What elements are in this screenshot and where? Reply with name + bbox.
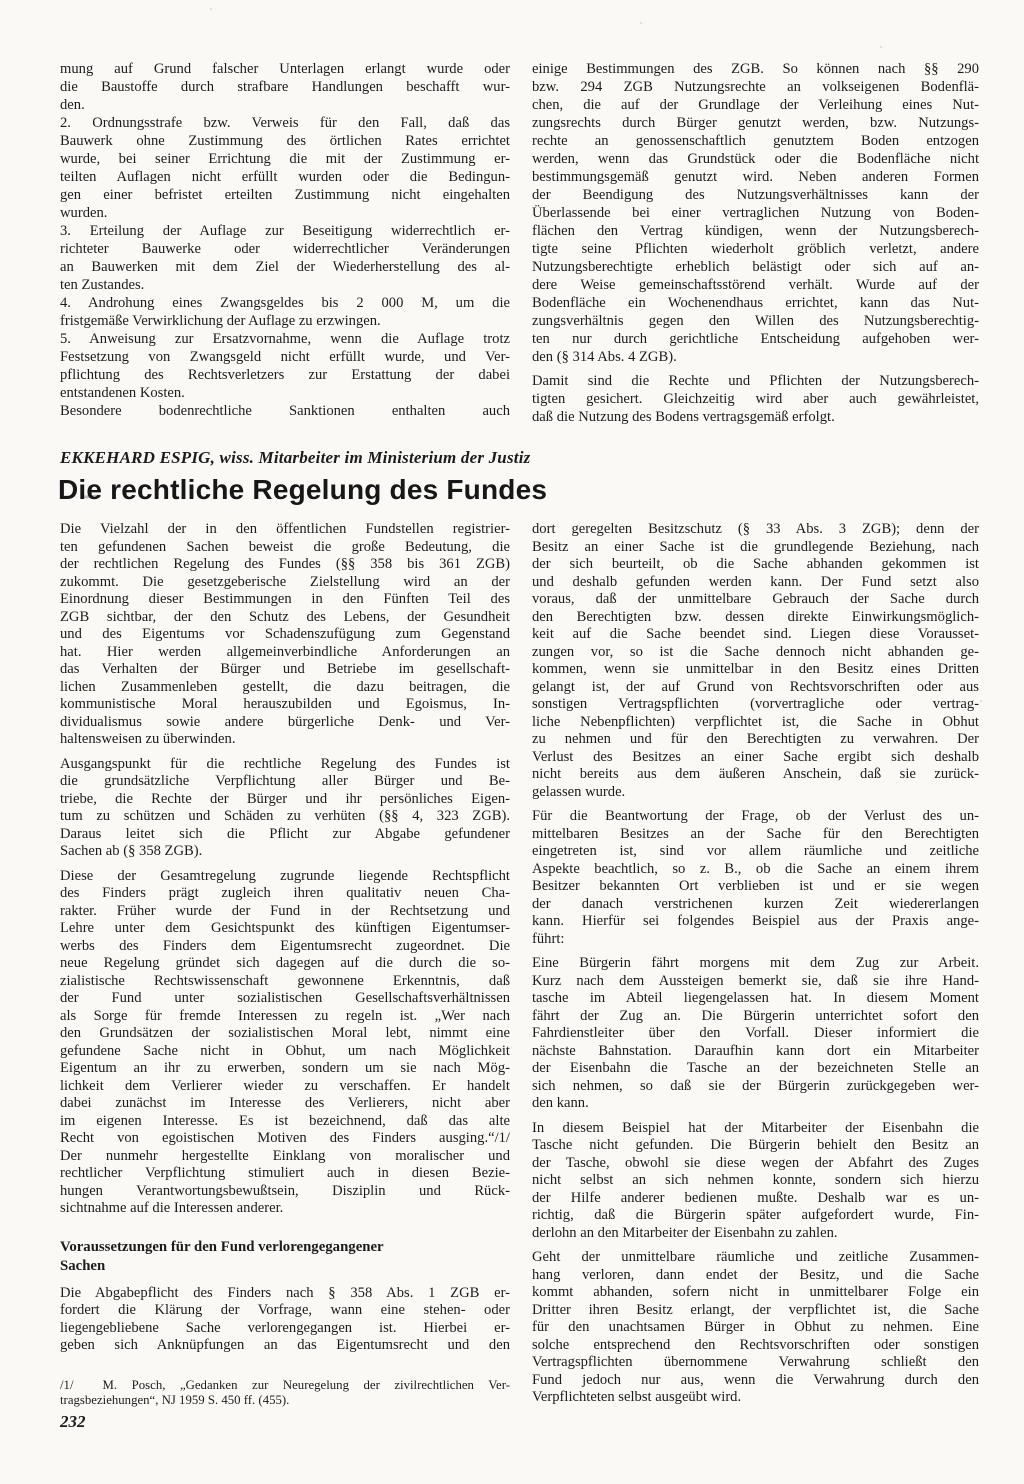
paragraph: Ausgangspunkt für die rechtliche Regelun… [60, 756, 510, 861]
text-line: 2. Ordnungsstrafe bzw. Verweis für den F… [60, 114, 510, 132]
paragraph: Geht der unmittelbare räumliche und zeit… [532, 1249, 979, 1407]
scan-speck [210, 8, 212, 10]
paragraph: 4. Androhung eines Zwangsgeldes bis 2 00… [60, 294, 510, 330]
text-line: ten nur durch gerichtliche Entscheidung … [532, 330, 979, 348]
paragraph: 2. Ordnungsstrafe bzw. Verweis für den F… [60, 114, 510, 222]
text-line: Diese der Gesamtregelung zugrunde liegen… [60, 868, 510, 886]
text-line: 4. Androhung eines Zwangsgeldes bis 2 00… [60, 294, 510, 312]
text-line: nicht bereits aus dem äußeren Anschein, … [532, 766, 979, 784]
article-left-paragraphs: Die Vielzahl der in den öffentlichen Fun… [60, 521, 510, 1218]
text-line: chen, die auf der Grundlage der Verleihu… [532, 96, 979, 114]
text-line: wurde, bei seiner Errichtung die mit der… [60, 150, 510, 168]
text-line: gelangt ist, der auf Grund von Rechtsvor… [532, 679, 979, 697]
text-line: hungen Verantwortungsbewußtsein, Diszipl… [60, 1183, 510, 1201]
text-line: In diesem Beispiel hat der Mitarbeiter d… [532, 1120, 979, 1138]
article-author-line: EKKEHARD ESPIG, wiss. Mitarbeiter im Min… [60, 448, 820, 468]
text-line: sonstigen Vertragspflichten (vorvertragl… [532, 696, 979, 714]
article-left-column: Die Vielzahl der in den öffentlichen Fun… [60, 521, 510, 1409]
text-line: sich nehmen, so daß sie der Bürgerin zur… [532, 1078, 979, 1096]
text-line: flächen den Vertrag kündigen, wenn der N… [532, 222, 979, 240]
text-line: keit auf die Sache beendet sind. Liegen … [532, 626, 979, 644]
text-line: Die Vielzahl der in den öffentlichen Fun… [60, 521, 510, 539]
text-line: bzw. 294 ZGB Nutzungsrechte an volkseige… [532, 78, 979, 96]
text-line: ZGB sichtbar, der den Schutz des Lebens,… [60, 609, 510, 627]
text-line: Sachen ab (§ 358 ZGB). [60, 843, 510, 861]
text-line: das Verhalten der Bürger und Betriebe im… [60, 661, 510, 679]
text-line: nächste Bahnstation. Daraufhin kann dort… [532, 1043, 979, 1061]
text-line: führt: [532, 931, 979, 949]
text-line: 5. Anweisung zur Ersatzvornahme, wenn di… [60, 330, 510, 348]
text-line: Fahrdienstleiter über den Vorfall. Diese… [532, 1025, 979, 1043]
text-line: neue Regelung gründet sich dagegen auf d… [60, 955, 510, 973]
text-line: teilten Auflagen nicht erfüllt wurden od… [60, 168, 510, 186]
text-line: Damit sind die Rechte und Pflichten der … [532, 372, 979, 390]
text-line: den Grundsätzen der sozialistischen Mora… [60, 1025, 510, 1043]
text-line: rechte an genossenschaftlich genutztem B… [532, 132, 979, 150]
article-left-after-heading: Die Abgabepflicht des Finders nach § 358… [60, 1285, 510, 1355]
text-line: Voraussetzungen für den Fund verlorengeg… [60, 1238, 510, 1257]
text-line: Fund jedoch nur aus, wenn die Verwahrung… [532, 1372, 979, 1390]
text-line: kommunistische Moral herauszubilden und … [60, 696, 510, 714]
text-line: kommen, wenn sie unmittelbar in den Besi… [532, 661, 979, 679]
text-line: hang verloren, dann endet der Besitz, un… [532, 1267, 979, 1285]
text-line: Sachen [60, 1257, 510, 1276]
paragraph: Damit sind die Rechte und Pflichten der … [532, 372, 979, 426]
text-line: Der nunmehr hergestellte Einklang von mo… [60, 1148, 510, 1166]
text-line: den kann. [532, 1095, 979, 1113]
text-line: zungsrechts durch Bürger genutzt werden,… [532, 114, 979, 132]
text-line: tigte seine Pflichten wiederholt gröblic… [532, 240, 979, 258]
text-line: des Finders prägt zugleich ihren qualita… [60, 885, 510, 903]
text-line: Geht der unmittelbare räumliche und zeit… [532, 1249, 979, 1267]
paragraph: Voraussetzungen für den Fund verlorengeg… [60, 1238, 510, 1276]
text-line: Die Abgabepflicht des Finders nach § 358… [60, 1285, 510, 1303]
text-line: /1/ M. Posch, „Gedanken zur Neuregelung … [60, 1378, 510, 1394]
text-line: Kurz nach dem Aussteigen bemerkt sie, da… [532, 973, 979, 991]
text-line: lichkeit dem Verlierer wieder zu verscha… [60, 1078, 510, 1096]
text-line: Besondere bodenrechtliche Sanktionen ent… [60, 402, 510, 420]
text-line: zukommt. Die gesetzgeberische Zielstellu… [60, 574, 510, 592]
text-line: gelassen wurde. [532, 784, 979, 802]
text-line: der sich beurteilt, ob die Sache abhande… [532, 556, 979, 574]
text-line: 3. Erteilung der Auflage zur Beseitigung… [60, 222, 510, 240]
text-line: liche Nebenpflichten) verpflichtet ist, … [532, 714, 979, 732]
paragraph: Die Abgabepflicht des Finders nach § 358… [60, 1285, 510, 1355]
text-line: Dritter ihren Besitz erlangt, der verpfl… [532, 1302, 979, 1320]
text-line: der Fund unter sozialistischen Gesellsch… [60, 990, 510, 1008]
text-line: zungsverhältnis gegen den Willen des Nut… [532, 312, 979, 330]
text-line: den. [60, 96, 510, 114]
text-line: der Eisenbahn die Tasche an der bezeichn… [532, 1060, 979, 1078]
paragraph: Eine Bürgerin fährt morgens mit dem Zug … [532, 955, 979, 1113]
scan-speck [980, 700, 982, 702]
paragraph: Für die Beantwortung der Frage, ob der V… [532, 808, 979, 948]
text-line: daß die Nutzung des Bodens vertragsgemäß… [532, 408, 979, 426]
text-line: kommt abhanden, sofern nicht in unmittel… [532, 1284, 979, 1302]
text-line: und deshalb gefunden werden kann. Der Fu… [532, 574, 979, 592]
article-right-column: dort geregelten Besitzschutz (§ 33 Abs. … [532, 521, 979, 1407]
paragraph: /1/ M. Posch, „Gedanken zur Neuregelung … [60, 1378, 510, 1409]
article-title: Die rechtliche Regelung des Fundes [58, 474, 758, 506]
top-article-left-column: mung auf Grund falscher Unterlagen erlan… [60, 60, 510, 420]
paragraph: Die Vielzahl der in den öffentlichen Fun… [60, 521, 510, 749]
text-line: tum zu schützen und Schäden zu verhüten … [60, 808, 510, 826]
text-line: geben sich Anknüpfungen an das Eigentums… [60, 1337, 510, 1355]
text-line: fristgemäße Verwirklichung der Auflage z… [60, 312, 510, 330]
text-line: für den unachtsamen Bürger in Obhut zu n… [532, 1319, 979, 1337]
text-line: tasche im Abteil liegengelassen hat. In … [532, 990, 979, 1008]
text-line: einige Bestimmungen des ZGB. So können n… [532, 60, 979, 78]
text-line: gen einer befristet erteilten Zustimmung… [60, 186, 510, 204]
text-line: derlohn an den Mitarbeiter der Eisenbahn… [532, 1225, 979, 1243]
text-line: entstandenen Kosten. [60, 384, 510, 402]
paragraph: Diese der Gesamtregelung zugrunde liegen… [60, 868, 510, 1218]
text-line: Recht von egoistischen Motiven des Finde… [60, 1130, 510, 1148]
text-line: Vertragspflichten übernommene Verwahrung… [532, 1354, 979, 1372]
text-line: der Hilfe anderer bedienen mußte. Deshal… [532, 1190, 979, 1208]
text-line: der rechtlichen Regelung des Fundes (§§ … [60, 556, 510, 574]
text-line: Verpflichteten selbst ausgeübt wird. [532, 1389, 979, 1407]
text-line: lichen Zusammenleben gestellt, die dazu … [60, 679, 510, 697]
paragraph: mung auf Grund falscher Unterlagen erlan… [60, 60, 510, 114]
text-line: werden, wenn das Grundstück oder die Bod… [532, 150, 979, 168]
text-line: der danach verstrichenen kurzen Zeit wie… [532, 896, 979, 914]
text-line: eingetreten ist, sind vor allem räumlich… [532, 843, 979, 861]
text-line: bestimmungsgemäß genutzt wird. Neben and… [532, 168, 979, 186]
text-line: im eigenen Interesse. Es ist bezeichnend… [60, 1113, 510, 1131]
text-line: die grundsätzliche Verpflichtung aller B… [60, 773, 510, 791]
section-heading: Voraussetzungen für den Fund verlorengeg… [60, 1238, 510, 1276]
text-line: fährt der Zug an. Die Bürgerin unterrich… [532, 1008, 979, 1026]
text-line: nicht selbst an sich nehmen konnte, sond… [532, 1172, 979, 1190]
text-line: Nutzungsberechtigte erheblich belästigt … [532, 258, 979, 276]
text-line: wurden. [60, 204, 510, 222]
paragraph: einige Bestimmungen des ZGB. So können n… [532, 60, 979, 366]
text-line: ten gefundenen Sachen beweist die große … [60, 539, 510, 557]
text-line: als Sorge für fremde Interessen zu regel… [60, 1008, 510, 1026]
text-line: dabei zunächst im Interesse des Verliere… [60, 1095, 510, 1113]
text-line: rechtlicher Verpflichtung stimuliert auc… [60, 1165, 510, 1183]
text-line: Überlassende bei einer vertraglichen Nut… [532, 204, 979, 222]
text-line: Besitzer bekannten Ort verblieben ist un… [532, 878, 979, 896]
text-line: mung auf Grund falscher Unterlagen erlan… [60, 60, 510, 78]
scanned-journal-page: mung auf Grund falscher Unterlagen erlan… [0, 0, 1024, 1484]
footnote: /1/ M. Posch, „Gedanken zur Neuregelung … [60, 1378, 510, 1409]
scan-speck [640, 22, 642, 24]
text-line: dere Weise gemeinschaftsstörend verhält.… [532, 276, 979, 294]
text-line: Daraus leitet sich die Pflicht zur Abgab… [60, 826, 510, 844]
text-line: Bodenfläche ein Wochenendhaus errichtet,… [532, 294, 979, 312]
text-line: triebe, die Rechte der Bürger und ihr pe… [60, 791, 510, 809]
text-line: zu nehmen und für den Berechtigten zu ve… [532, 731, 979, 749]
text-line: den (§ 314 Abs. 4 ZGB). [532, 348, 979, 366]
text-line: Lehre unter dem Gesichtspunkt des künfti… [60, 920, 510, 938]
paragraph: dort geregelten Besitzschutz (§ 33 Abs. … [532, 521, 979, 801]
text-line: gefundene Sache nicht in Obhut, um nach … [60, 1043, 510, 1061]
text-line: an Bauwerken mit dem Ziel der Wiederhers… [60, 258, 510, 276]
text-line: der Beendigung des Nutzungsverhältnisses… [532, 186, 979, 204]
text-line: und des Eigentums vor Schadenszufügung z… [60, 626, 510, 644]
text-line: die Baustoffe durch strafbare Handlungen… [60, 78, 510, 96]
text-line: solche entsprechend den Rechtsvorschrift… [532, 1337, 979, 1355]
paragraph: Besondere bodenrechtliche Sanktionen ent… [60, 402, 510, 420]
text-line: Ausgangspunkt für die rechtliche Regelun… [60, 756, 510, 774]
text-line: Eigentum an ihr zu erwerben, sondern um … [60, 1060, 510, 1078]
paragraph: 5. Anweisung zur Ersatzvornahme, wenn di… [60, 330, 510, 402]
text-line: Tasche nicht gefunden. Die Bürgerin behi… [532, 1137, 979, 1155]
text-line: haltensweisen zu überwinden. [60, 731, 510, 749]
text-line: Für die Beantwortung der Frage, ob der V… [532, 808, 979, 826]
text-line: hat. Hier werden allgemeinverbindliche A… [60, 644, 510, 662]
text-line: Eine Bürgerin fährt morgens mit dem Zug … [532, 955, 979, 973]
text-line: Verlust des Besitzes an einer Sache ergi… [532, 749, 979, 767]
text-line: sichtnahme auf die Interessen anderer. [60, 1200, 510, 1218]
text-line: tragsbeziehungen“, NJ 1959 S. 450 ff. (4… [60, 1393, 510, 1409]
text-line: liegengebliebene Sache verlorengegangen … [60, 1320, 510, 1338]
text-line: der Tasche, obwohl sie diese wegen der A… [532, 1155, 979, 1173]
text-line: den Berechtigten bzw. dessen direkte Ein… [532, 609, 979, 627]
text-line: dividualismus sowie andere bürgerliche D… [60, 714, 510, 732]
text-line: fordert die Klärung der Vorfrage, wann e… [60, 1302, 510, 1320]
text-line: richteter Bauwerke oder widerrechtlicher… [60, 240, 510, 258]
text-line: Festsetzung von Zwangsgeld nicht erfüllt… [60, 348, 510, 366]
text-line: pflichtung des Rechtsverletzers zur Erst… [60, 366, 510, 384]
text-line: richtig, daß die Bürgerin später aufgefo… [532, 1207, 979, 1225]
page-number: 232 [60, 1412, 86, 1432]
text-line: Besitz an einer Sache ist die grundlegen… [532, 539, 979, 557]
scan-speck [880, 46, 882, 48]
text-line: rakter. Früher wurde der Fund in der Rec… [60, 903, 510, 921]
text-line: Einordnung dieser Bestimmungen in den Fü… [60, 591, 510, 609]
text-line: zungen vor, so ist die Sache dennoch nic… [532, 644, 979, 662]
text-line: zialistische Rechtswissenschaft gewonnen… [60, 973, 510, 991]
text-line: Bauwerk ohne Zustimmung des örtlichen Ra… [60, 132, 510, 150]
paragraph: In diesem Beispiel hat der Mitarbeiter d… [532, 1120, 979, 1243]
top-article-right-column: einige Bestimmungen des ZGB. So können n… [532, 60, 979, 426]
text-line: voraus, daß der unmittelbare Gebrauch de… [532, 591, 979, 609]
text-line: kann. Hierfür sei folgendes Beispiel aus… [532, 913, 979, 931]
text-line: ten Zustandes. [60, 276, 510, 294]
text-line: Aspekte beachtlich, so z. B., ob die Sac… [532, 861, 979, 879]
text-line: dort geregelten Besitzschutz (§ 33 Abs. … [532, 521, 979, 539]
text-line: werbs des Finders dem Eigentumsrecht zug… [60, 938, 510, 956]
text-line: tigten gesichert. Gleichzeitig wird aber… [532, 390, 979, 408]
paragraph: 3. Erteilung der Auflage zur Beseitigung… [60, 222, 510, 294]
text-line: mittelbaren Besitzes an der Sache für de… [532, 826, 979, 844]
